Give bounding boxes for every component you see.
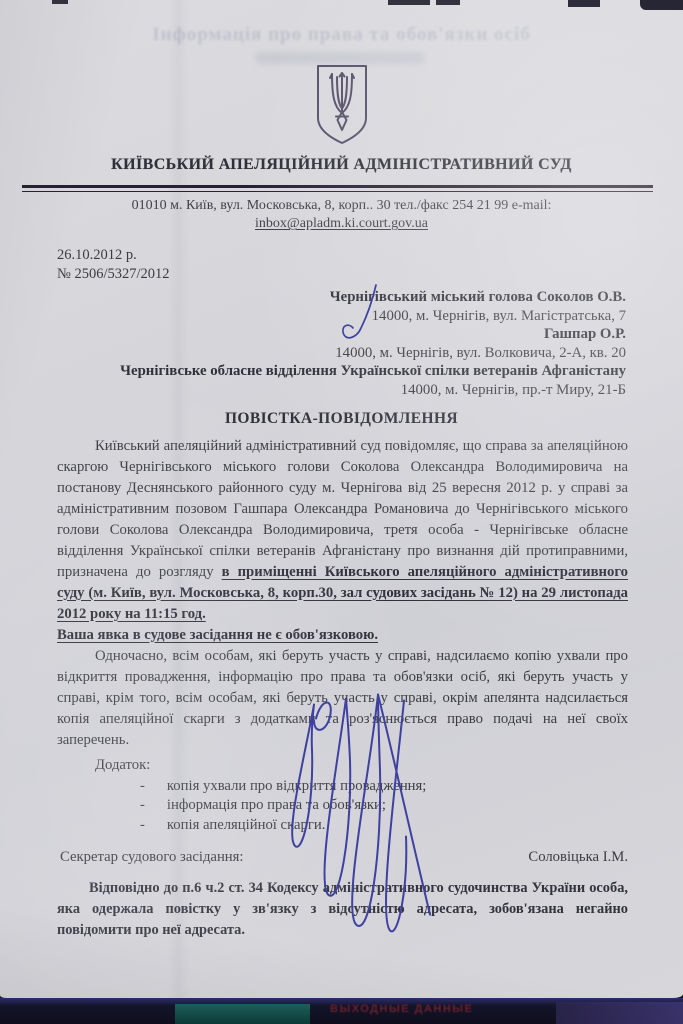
backdrop-edge-mark <box>568 0 600 7</box>
letterhead-divider <box>22 185 653 192</box>
attachment-item: копія апеляційної скарги. <box>140 816 628 836</box>
tryzub-emblem-icon <box>313 64 371 146</box>
court-address-line: 01010 м. Київ, вул. Московська, 8, корп.… <box>0 197 683 215</box>
secretary-name: Соловіцька І.М. <box>528 849 628 866</box>
court-email: inbox@apladm.ki.court.gov.ua <box>0 215 683 233</box>
court-name: КИЇВСЬКИЙ АПЕЛЯЦІЙНИЙ АДМІНІСТРАТИВНИЙ С… <box>0 156 683 174</box>
body-paragraph-2: Одночасно, всім особам, які беруть участ… <box>57 646 628 751</box>
attachment-item: інформація про права та обов'язки; <box>140 796 628 816</box>
body-paragraph-1: Київський апеляційний адміністративний с… <box>57 436 628 625</box>
photo-of-document: Інформація про права та обов'язки осіб К… <box>0 0 683 1024</box>
attachments-label: Додаток: <box>95 755 628 775</box>
document-date: 26.10.2012 р. <box>57 246 683 265</box>
recipient-name: Чернігівське обласне відділення Українсь… <box>80 362 626 381</box>
backdrop-edge-mark <box>436 0 460 5</box>
document-title: ПОВІСТКА-ПОВІДОМЛЕННЯ <box>0 410 683 428</box>
document-number: № 2506/5327/2012 <box>57 265 683 284</box>
footer-legal-note: Відповідно до п.6 ч.2 ст. 34 Кодексу адм… <box>57 878 628 941</box>
recipient-address: 14000, м. Чернігів, вул. Волковича, 2-А,… <box>80 344 626 363</box>
bleed-through-text: Інформація про права та обов'язки осіб <box>0 24 683 46</box>
attendance-note: Ваша явка в судове засідання не є обов'я… <box>57 627 378 643</box>
backdrop-teal-segment <box>175 1004 310 1024</box>
recipient-address: 14000, м. Чернігів, вул. Магістратська, … <box>80 307 626 326</box>
attachment-item: копія ухвали про відкриття провадження; <box>140 777 628 797</box>
backdrop-edge-mark <box>388 0 430 5</box>
recipient-name: Гашпар О.Р. <box>80 325 626 344</box>
recipient-address: 14000, м. Чернігів, пр.-т Миру, 21-Б <box>80 381 626 400</box>
paper-sheet: Інформація про права та обов'язки осіб К… <box>0 0 683 998</box>
body-paragraph-1-text: Київський апеляційний адміністративний с… <box>57 438 628 580</box>
secretary-role-label: Секретар судового засідання: <box>60 849 244 866</box>
backdrop-purple-segment <box>556 1002 683 1024</box>
backdrop-edge-mark <box>640 0 683 10</box>
recipient-name: Чернігівський міський голова Соколов О.В… <box>80 288 626 307</box>
backdrop-edge-mark <box>52 0 68 4</box>
backdrop-strip-text: ВЫХОДНЫЕ ДАННЫЕ <box>330 1003 473 1015</box>
backdrop-strip: ВЫХОДНЫЕ ДАННЫЕ <box>0 998 683 1024</box>
recipient-block: Чернігівський міський голова Соколов О.В… <box>80 288 626 400</box>
bleed-through-blur <box>255 52 425 64</box>
attachments-list: копія ухвали про відкриття провадження; … <box>140 777 628 836</box>
